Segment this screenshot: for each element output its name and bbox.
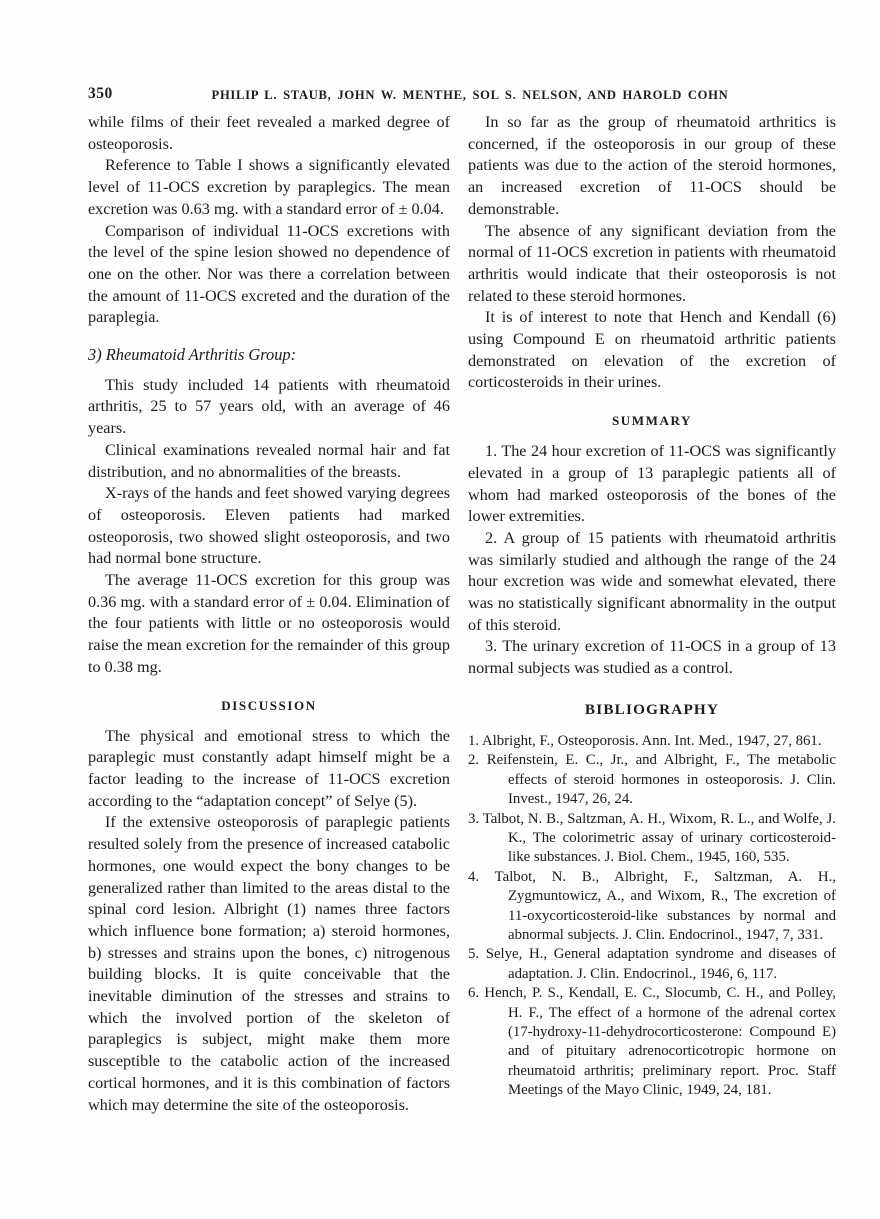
paragraph-insofar: In so far as the group of rheumatoid art…: [468, 112, 836, 221]
paragraph-interest: It is of interest to note that Hench and…: [468, 307, 836, 394]
right-column: In so far as the group of rheumatoid art…: [468, 112, 836, 1101]
paragraph-clinical: Clinical examinations revealed normal ha…: [88, 440, 450, 483]
paragraph-xrays: X-rays of the hands and feet showed vary…: [88, 483, 450, 570]
paragraph-study: This study included 14 patients with rhe…: [88, 375, 450, 440]
summary-item: 1. The 24 hour excretion of 11-OCS was s…: [468, 441, 836, 528]
section-heading-rheumatoid-group: 3) Rheumatoid Arthritis Group:: [88, 344, 450, 366]
paragraph-factors: If the extensive osteoporosis of paraple…: [88, 812, 450, 1116]
section-heading-summary: SUMMARY: [468, 412, 836, 430]
bibliography-entry: 6. Hench, P. S., Kendall, E. C., Slocumb…: [468, 984, 836, 1100]
paragraph-comparison: Comparison of individual 11-OCS excretio…: [88, 221, 450, 330]
left-column: while films of their feet revealed a mar…: [88, 112, 450, 1116]
bibliography-entry: 4. Talbot, N. B., Albright, F., Saltzman…: [468, 868, 836, 946]
bibliography-entry: 5. Selye, H., General adaptation syndrom…: [468, 945, 836, 984]
paragraph-continuation: while films of their feet revealed a mar…: [88, 112, 450, 155]
bibliography-entry: 3. Talbot, N. B., Saltzman, A. H., Wixom…: [468, 810, 836, 868]
paragraph-average: The average 11-OCS excretion for this gr…: [88, 570, 450, 679]
summary-item: 3. The urinary excretion of 11-OCS in a …: [468, 636, 836, 679]
running-head: PHILIP L. STAUB, JOHN W. MENTHE, SOL S. …: [140, 88, 800, 103]
bibliography-entry: 2. Reifenstein, E. C., Jr., and Albright…: [468, 751, 836, 809]
paragraph-reference: Reference to Table I shows a significant…: [88, 155, 450, 220]
section-heading-bibliography: BIBLIOGRAPHY: [468, 700, 836, 720]
summary-item: 2. A group of 15 patients with rheumatoi…: [468, 528, 836, 637]
bibliography-entry: 1. Albright, F., Osteoporosis. Ann. Int.…: [468, 732, 836, 751]
section-heading-discussion: DISCUSSION: [88, 697, 450, 715]
document-page: 350 PHILIP L. STAUB, JOHN W. MENTHE, SOL…: [0, 0, 880, 1219]
paragraph-absence: The absence of any significant deviation…: [468, 221, 836, 308]
paragraph-stress: The physical and emotional stress to whi…: [88, 726, 450, 813]
page-number: 350: [88, 85, 113, 103]
